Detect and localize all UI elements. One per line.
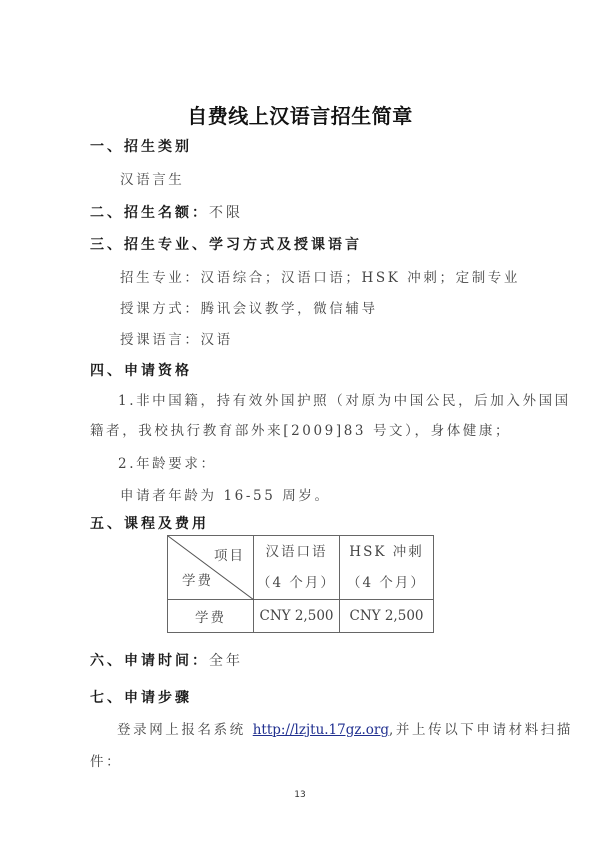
section-3-teaching-method: 授课方式：腾讯会议教学，微信辅导 — [120, 297, 378, 317]
section-6-label: 六、申请时间： — [90, 653, 209, 669]
corner-label-fee: 学费 — [182, 569, 213, 589]
table-cell: CNY 2,500 — [254, 600, 340, 633]
section-1-heading: 一、招生类别 — [90, 136, 192, 156]
table-header-row: 项目 学费 汉语口语 （4 个月） HSK 冲刺 （4 个月） — [168, 536, 434, 600]
section-3-heading: 三、招生专业、学习方式及授课语言 — [90, 234, 362, 254]
column-name: HSK 冲刺 — [340, 537, 433, 568]
section-4-heading: 四、申请资格 — [90, 360, 192, 380]
registration-link[interactable]: http://lzjtu.17gz.org — [253, 722, 389, 738]
section-2-value: 不限 — [209, 205, 243, 221]
page-title: 自费线上汉语言招生简章 — [0, 100, 600, 129]
table-row: 学费 CNY 2,500 CNY 2,500 — [168, 600, 434, 633]
row-label: 学费 — [168, 600, 254, 633]
section-1-body: 汉语言生 — [120, 168, 184, 188]
section-4-item1-line2: 籍者，我校执行教育部外来[2009]83 号文），身体健康； — [90, 419, 511, 439]
section-7-text-before: 登录网上报名系统 — [117, 722, 253, 738]
section-6-value: 全年 — [209, 653, 243, 669]
page-number: 13 — [0, 790, 600, 800]
section-7-line2: 件： — [90, 750, 122, 770]
section-4-item1-line1: 1.非中国籍，持有效外国护照（对原为中国公民，后加入外国国 — [118, 389, 571, 409]
section-7-heading: 七、申请步骤 — [90, 687, 192, 707]
section-3-teaching-language: 授课语言：汉语 — [120, 328, 233, 348]
section-2-heading: 二、招生名额：不限 — [90, 202, 243, 222]
table-corner-cell: 项目 学费 — [168, 536, 254, 600]
table-column-header: HSK 冲刺 （4 个月） — [340, 536, 434, 600]
section-5-heading: 五、课程及费用 — [90, 513, 209, 533]
section-2-label: 二、招生名额： — [90, 205, 209, 221]
section-3-majors: 招生专业：汉语综合；汉语口语；HSK 冲刺；定制专业 — [120, 266, 520, 286]
section-6-heading: 六、申请时间：全年 — [90, 650, 243, 670]
column-duration: （4 个月） — [254, 568, 339, 599]
column-name: 汉语口语 — [254, 537, 339, 568]
corner-label-item: 项目 — [214, 544, 245, 564]
column-duration: （4 个月） — [340, 568, 433, 599]
table-cell: CNY 2,500 — [340, 600, 434, 633]
section-7-line1: 登录网上报名系统 http://lzjtu.17gz.org,并上传以下申请材料… — [117, 718, 573, 738]
fee-table: 项目 学费 汉语口语 （4 个月） HSK 冲刺 （4 个月） 学费 CNY 2… — [167, 535, 434, 633]
section-7-text-after: ,并上传以下申请材料扫描 — [389, 722, 573, 738]
table-column-header: 汉语口语 （4 个月） — [254, 536, 340, 600]
section-4-item2-detail: 申请者年龄为 16-55 周岁。 — [120, 484, 331, 504]
section-4-item2: 2.年龄要求： — [118, 452, 217, 472]
